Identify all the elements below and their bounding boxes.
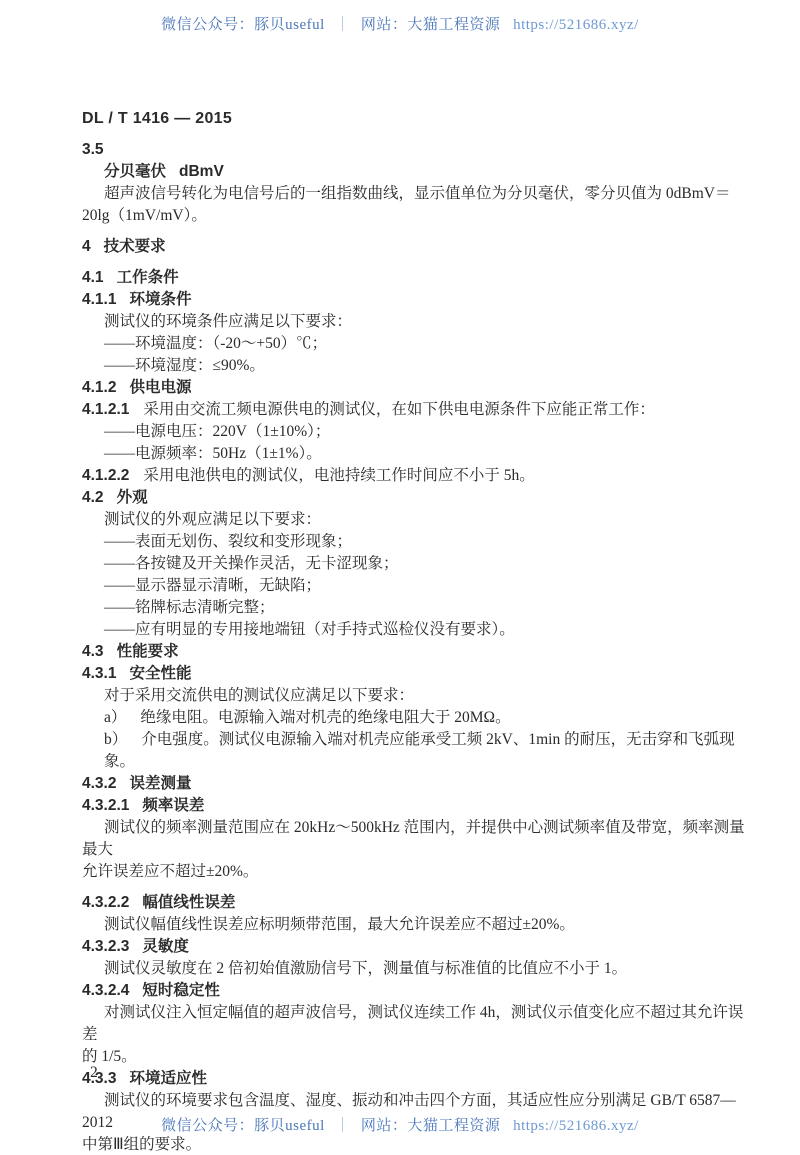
clause-text: 误差测量 [129, 775, 191, 792]
watermark-separator: ｜ [329, 17, 357, 33]
dash-list-item: ——铭牌标志清晰完整； [82, 597, 746, 619]
dash-list-item: ——环境温度：（-20～+50）℃； [82, 333, 746, 355]
term-heading: 分贝毫伏dBmV [82, 161, 746, 183]
paragraph: 测试仪的频率测量范围应在 20kHz～500kHz 范围内，并提供中心测试频率值… [82, 817, 746, 883]
dash-list-item: ——电源电压：220V（1±10%）； [82, 421, 746, 443]
clause-text: 采用电池供电的测试仪，电池持续工作时间应不小于 5h。 [143, 467, 534, 484]
dash-list-item: ——环境湿度：≤90%。 [82, 355, 746, 377]
clause-label: 4.1.2 [82, 379, 116, 396]
dash-list-item: ——显示器显示清晰，无缺陷； [82, 575, 746, 597]
clause-label: 4 [82, 238, 91, 255]
clause-label: 4.3.2.1 [82, 797, 129, 814]
dash-list-item: ——电源频率：50Hz（1±1%）。 [82, 443, 746, 465]
watermark-url: https://521686.xyz/ [513, 17, 639, 33]
section-heading: 4.2外观 [82, 487, 746, 509]
lettered-list-item: a）绝缘电阻。电源输入端对机壳的绝缘电阻大于 20MΩ。 [82, 707, 746, 729]
clause-label: 4.1.2.1 [82, 401, 129, 418]
section-heading: 4.3.2.1频率误差 [82, 795, 746, 817]
paragraph: 测试仪的环境条件应满足以下要求： [82, 311, 746, 333]
section-heading: 4.3.2.4短时稳定性 [82, 980, 746, 1002]
clause-text: 外观 [117, 489, 148, 506]
paragraph: 测试仪幅值线性误差应标明频带范围，最大允许误差应不超过±20%。 [82, 914, 746, 936]
paragraph: 对测试仪注入恒定幅值的超声波信号，测试仪连续工作 4h，测试仪示值变化应不超过其… [82, 1002, 746, 1068]
dash-list-item: ——应有明显的专用接地端钮（对手持式巡检仪没有要求）。 [82, 619, 746, 641]
clause-label: 4.3.2 [82, 775, 116, 792]
clause-text: 技术要求 [104, 238, 166, 255]
section-heading: 4.1工作条件 [82, 267, 746, 289]
clause-text: 采用由交流工频电源供电的测试仪，在如下供电电源条件下应能正常工作： [143, 401, 655, 418]
section-heading: 4.3.2.2幅值线性误差 [82, 892, 746, 914]
clause-label: 4.3.1 [82, 665, 116, 682]
clause-text: 性能要求 [117, 643, 179, 660]
section-heading: 4.1.2供电电源 [82, 377, 746, 399]
lettered-list-item: b）介电强度。测试仪电源输入端对机壳应能承受工频 2kV、1min 的耐压，无击… [82, 729, 746, 773]
clause-label: 分贝毫伏 [104, 163, 166, 180]
clause-label: a） [104, 709, 126, 726]
clause-label: 4.3.2.4 [82, 982, 129, 999]
paragraph: 测试仪灵敏度在 2 倍初始值激励信号下，测量值与标准值的比值应不小于 1。 [82, 958, 746, 980]
clause-text: 介电强度。测试仪电源输入端对机壳应能承受工频 2kV、1min 的耐压，无击穿和… [104, 731, 735, 770]
watermark-wechat-label: 微信公众号：豚贝useful [161, 1118, 325, 1134]
watermark-site-label: 网站：大猫工程资源 [361, 1118, 501, 1134]
watermark-separator: ｜ [329, 1118, 357, 1134]
clause-text: 灵敏度 [142, 938, 189, 955]
section-heading: 4.3性能要求 [82, 641, 746, 663]
section-heading: 4.3.2误差测量 [82, 773, 746, 795]
document-page-content: DL / T 1416 — 20153.5分贝毫伏dBmV超声波信号转化为电信号… [82, 108, 746, 1155]
clause-label: 4.3 [82, 643, 104, 660]
section-heading: 4技术要求 [82, 236, 746, 258]
clause-text: 安全性能 [129, 665, 191, 682]
standard-reference: DL / T 1416 — 2015 [82, 108, 746, 130]
section-heading: 4.3.2.3灵敏度 [82, 936, 746, 958]
dash-list-item: ——表面无划伤、裂纹和变形现象； [82, 531, 746, 553]
clause-text: 幅值线性误差 [142, 894, 235, 911]
dash-list-item: ——各按键及开关操作灵活，无卡涩现象； [82, 553, 746, 575]
clause-label: 4.3.3 [82, 1070, 116, 1087]
clause-label: 4.3.2.3 [82, 938, 129, 955]
clause-label: 4.1.1 [82, 291, 116, 308]
watermark-url: https://521686.xyz/ [513, 1118, 639, 1134]
clause-text: 环境适应性 [129, 1070, 207, 1087]
paragraph: 超声波信号转化为电信号后的一组指数曲线，显示值单位为分贝毫伏，零分贝值为 0dB… [82, 183, 746, 227]
clause-label: b） [104, 731, 127, 748]
clause-text: dBmV [179, 163, 224, 180]
section-heading: 4.3.1安全性能 [82, 663, 746, 685]
clause-text: 频率误差 [142, 797, 204, 814]
clause-text: 短时稳定性 [142, 982, 220, 999]
section-heading: 4.1.1环境条件 [82, 289, 746, 311]
page-number: 2 [90, 1064, 98, 1082]
paragraph: 测试仪的外观应满足以下要求： [82, 509, 746, 531]
watermark-site-label: 网站：大猫工程资源 [361, 17, 501, 33]
clause-text: 环境条件 [129, 291, 191, 308]
clause-text: 工作条件 [117, 269, 179, 286]
watermark-footer: 微信公众号：豚贝useful ｜ 网站：大猫工程资源 https://52168… [0, 1114, 800, 1135]
paragraph: 对于采用交流供电的测试仪应满足以下要求： [82, 685, 746, 707]
clause-label: 4.1.2.2 [82, 467, 129, 484]
clause-label: 4.1 [82, 269, 104, 286]
clause-label: 4.2 [82, 489, 104, 506]
clause-text: 供电电源 [129, 379, 191, 396]
clause-text: 绝缘电阻。电源输入端对机壳的绝缘电阻大于 20MΩ。 [140, 709, 510, 726]
watermark-header: 微信公众号：豚贝useful ｜ 网站：大猫工程资源 https://52168… [0, 13, 800, 34]
numbered-paragraph: 4.1.2.2采用电池供电的测试仪，电池持续工作时间应不小于 5h。 [82, 465, 746, 487]
section-heading: 4.3.3环境适应性 [82, 1068, 746, 1090]
clause-number: 3.5 [82, 139, 746, 161]
numbered-paragraph: 4.1.2.1采用由交流工频电源供电的测试仪，在如下供电电源条件下应能正常工作： [82, 399, 746, 421]
clause-label: 4.3.2.2 [82, 894, 129, 911]
watermark-wechat-label: 微信公众号：豚贝useful [161, 17, 325, 33]
